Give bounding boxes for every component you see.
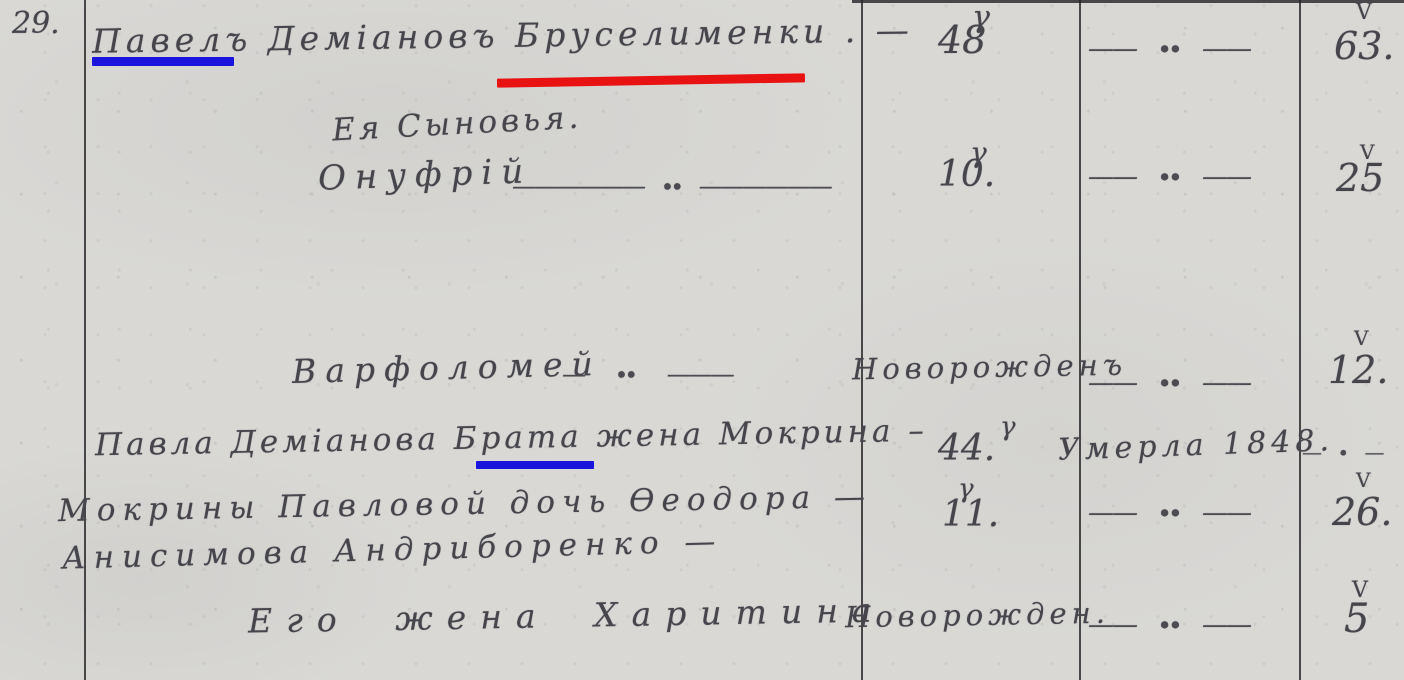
age-now-daughter: 26.	[1332, 490, 1392, 534]
her-sons-label: Ея Сыновья.	[331, 99, 583, 148]
age-prev-son1: 10.	[938, 154, 995, 195]
age-now-his-wife: 5	[1344, 596, 1369, 642]
check-mark-v-4: V	[1356, 468, 1370, 492]
age-prev-head: 48	[938, 18, 986, 62]
ditto-dashes-row4: —— ∙∙ ——	[1088, 368, 1250, 398]
column-rule-3	[1079, 0, 1081, 680]
mid-dashes-row4: — ∙∙ ———	[562, 360, 733, 388]
his-wife-line: Его жена Харитина	[248, 590, 886, 640]
column-rule-1	[84, 0, 86, 680]
newborn-note-2: Новорожден.	[845, 596, 1111, 635]
head-name-line: Павелъ Деміановъ Бруселименки . —	[92, 10, 914, 60]
ditto-dashes-row8: —— ∙∙ ——	[1088, 610, 1250, 640]
son2-name-line: Варфоломей	[292, 344, 603, 391]
check-mark-v-3: V	[1354, 326, 1368, 350]
age-now-son1: 25	[1336, 156, 1384, 200]
check-mark-gamma-3: γ	[1000, 412, 1016, 442]
blue-underline-wife-name	[476, 461, 594, 469]
son1-name-line: Онуфрій	[317, 151, 532, 198]
red-underline-surname	[497, 73, 805, 87]
daughter-line: Мокрины Павловой дочь Ѳеодора —	[58, 479, 872, 529]
age-now-son2: 12.	[1328, 348, 1388, 392]
check-mark-v-1: V	[1356, 0, 1372, 25]
column-rule-2	[861, 0, 863, 680]
ditto-dashes-row6: —— ∙∙ ——	[1088, 498, 1250, 528]
surname-continuation-line: Анисимова Андриборенко —	[62, 523, 724, 576]
age-prev-daughter: 11.	[942, 494, 999, 535]
blue-underline-given-name	[92, 57, 234, 66]
age-now-head: 63.	[1334, 24, 1394, 68]
long-dashes-row3: —————— ∙∙ ——————	[512, 172, 831, 200]
age-prev-wife: 44.	[938, 428, 995, 469]
scanned-document-page: 29. Павелъ Деміановъ Бруселименки . — γ …	[0, 0, 1404, 680]
brothers-wife-line: Павла Деміанова Брата жена Мокрина –	[95, 413, 928, 464]
record-number: 29.	[12, 6, 60, 41]
small-dashes-row5: — ∙ —	[1302, 440, 1385, 464]
column-rule-4	[1299, 0, 1301, 680]
ditto-dashes-row3: —— ∙∙ ——	[1088, 162, 1250, 192]
died-1848-note: Умерла 1848.	[1057, 423, 1334, 468]
ditto-dashes-row1: —— ∙∙ ——	[1088, 34, 1250, 64]
newborn-note-1: Новорожденъ	[852, 348, 1128, 387]
top-border-rule	[852, 0, 1404, 3]
